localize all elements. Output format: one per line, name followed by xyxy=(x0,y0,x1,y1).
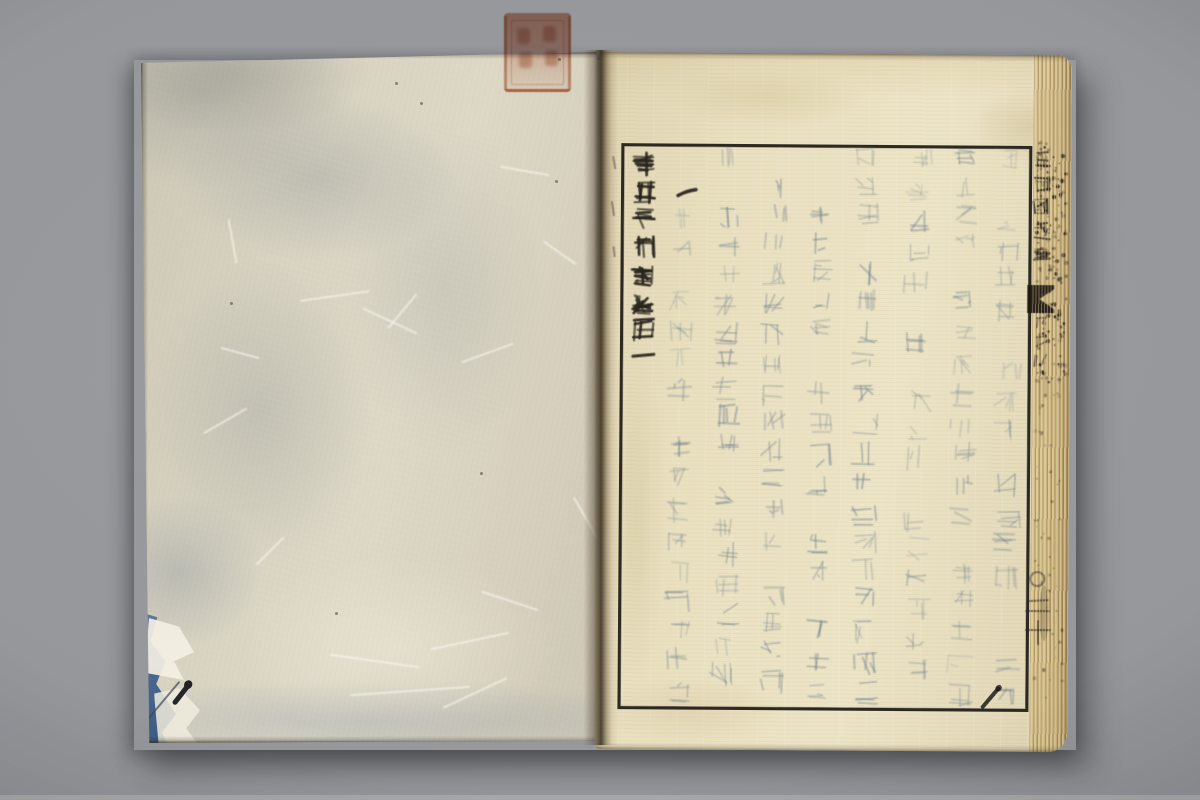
seal-glyph-mark xyxy=(517,28,530,44)
gutter-shadow xyxy=(584,50,618,745)
left-page-edge-shading xyxy=(140,52,601,743)
seal-glyph-mark xyxy=(543,26,556,42)
right-page-edge-shading xyxy=(595,52,1072,752)
left-page xyxy=(140,52,601,743)
right-page: 抱朴子外篇卷之一 抱朴子外篇 卷之一 二十 xyxy=(595,52,1072,752)
seal-glyph-mark xyxy=(545,50,558,66)
seal-glyph-mark xyxy=(519,52,532,68)
red-seal-stamp xyxy=(504,13,571,92)
photo-backdrop: 抱朴子外篇卷之一 抱朴子外篇 卷之一 二十 xyxy=(0,0,1200,800)
photo-edge-strip xyxy=(0,795,1200,800)
